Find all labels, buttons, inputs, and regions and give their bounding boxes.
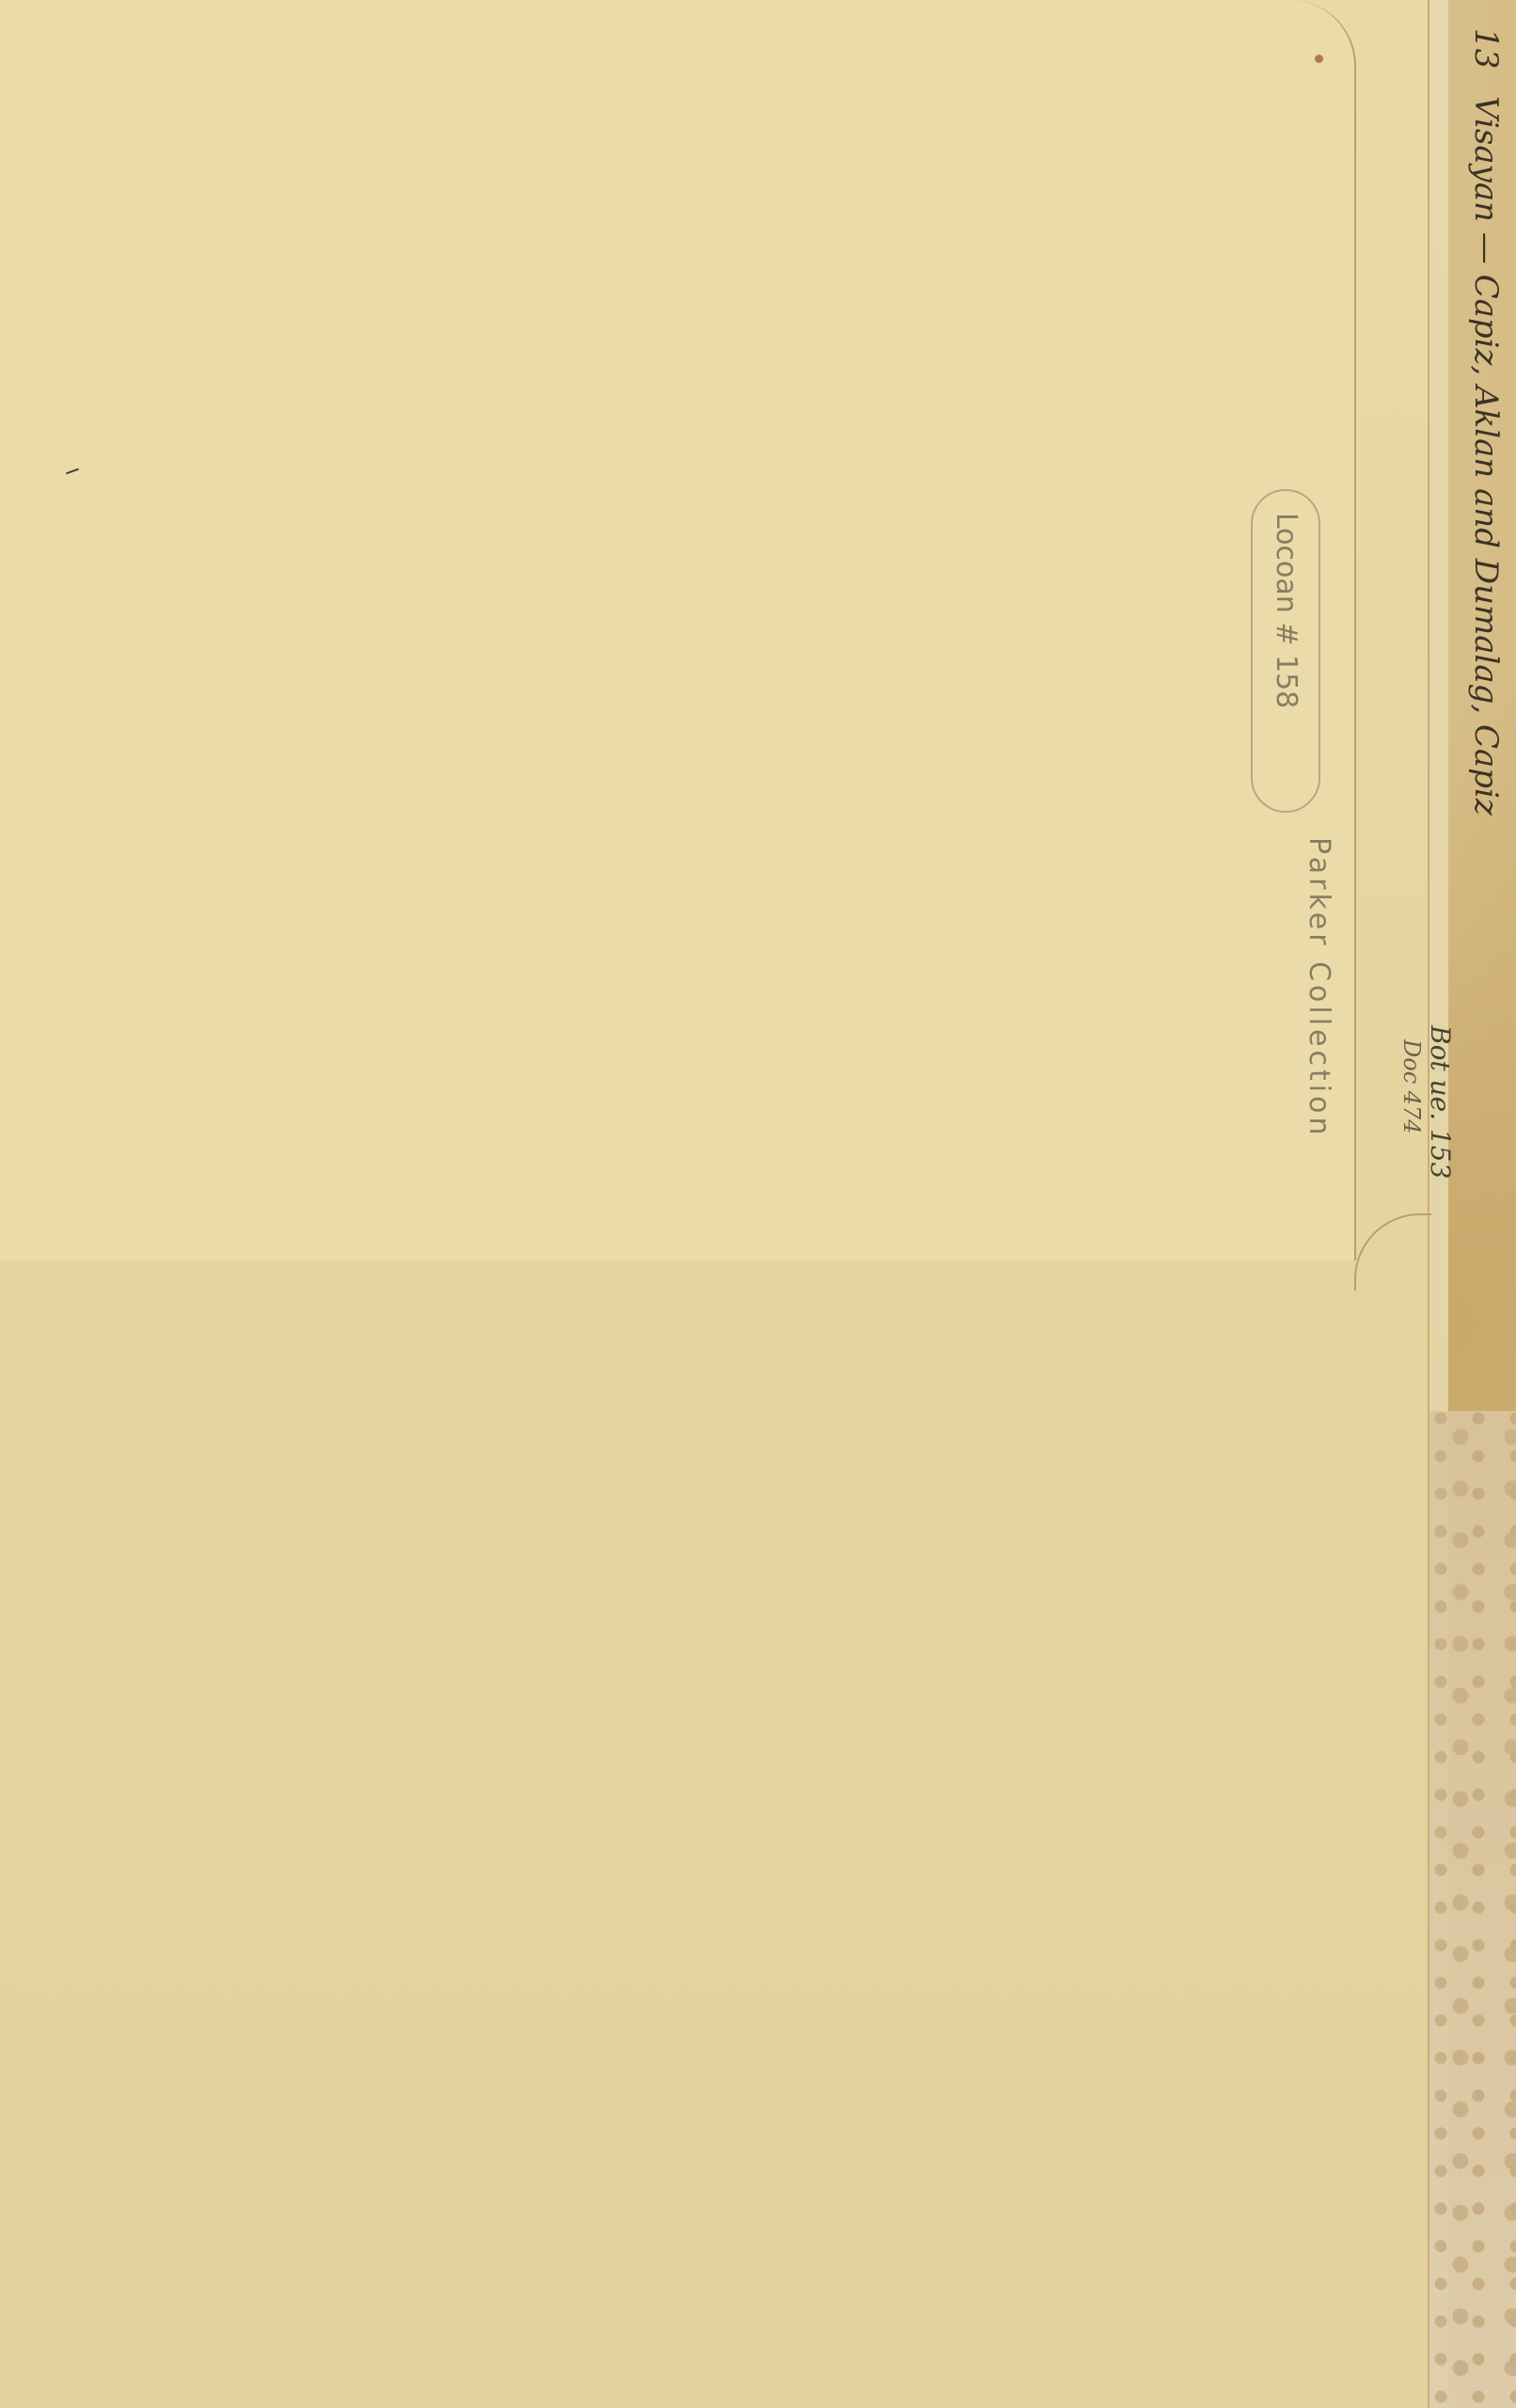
tab-number: 13 xyxy=(1467,28,1505,69)
folder-front-panel xyxy=(0,0,1429,2408)
folder-front-flap xyxy=(0,0,1356,1260)
folder-tab-label: 13 Visayan — Capiz, Aklan and Dumalag, C… xyxy=(1467,28,1505,816)
stain-dot xyxy=(1315,55,1323,63)
folder-tab-curve xyxy=(1354,1213,1431,1291)
reference-line-1: Bot ue. 153 xyxy=(1425,1025,1456,1179)
collection-note: Parker Collection xyxy=(1303,837,1335,1138)
tab-title: Visayan — Capiz, Aklan and Dumalag, Capi… xyxy=(1467,96,1505,816)
mottled-edge-strip xyxy=(1429,1411,1516,2408)
oval-label: Locoan # 158 xyxy=(1270,513,1303,708)
reference-line-2: Doc 474 xyxy=(1398,1039,1425,1134)
